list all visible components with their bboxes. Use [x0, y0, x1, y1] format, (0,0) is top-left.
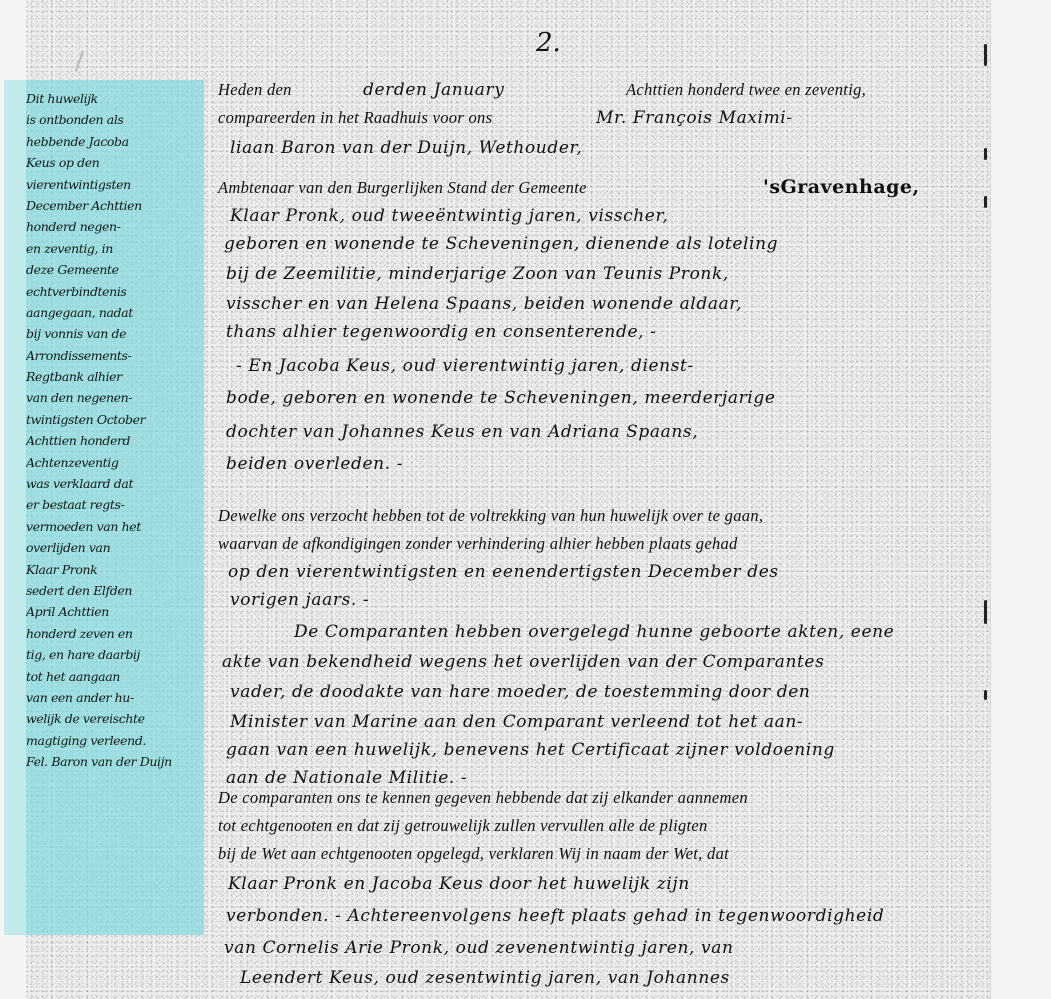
margin-note-line: December Achttien: [26, 195, 206, 216]
margin-note-line: vermoeden van het: [26, 516, 206, 537]
record-line: beiden overleden. -: [226, 454, 403, 474]
margin-note-line: magtiging verleend.: [26, 730, 206, 751]
record-line: liaan Baron van der Duijn, Wethouder,: [230, 138, 582, 158]
margin-note-line: honderd negen-: [26, 216, 206, 237]
record-line: bode, geboren en wonende te Scheveningen…: [226, 388, 776, 408]
margin-note-line: welijk de vereischte: [26, 708, 206, 729]
record-line: akte van bekendheid wegens het overlijde…: [222, 652, 824, 672]
record-line: De comparanten ons te kennen gegeven heb…: [218, 788, 748, 808]
margin-note-line: er bestaat regts-: [26, 494, 206, 515]
margin-note-line: bij vonnis van de: [26, 323, 206, 344]
margin-annotation: Dit huwelijkis ontbonden alshebbende Jac…: [26, 88, 206, 773]
margin-note-line: is ontbonden als: [26, 109, 206, 130]
record-line: Klaar Pronk en Jacoba Keus door het huwe…: [228, 874, 690, 894]
margin-note-line: deze Gemeente: [26, 259, 206, 280]
record-line: Mr. François Maximi-: [596, 108, 793, 128]
record-line: gaan van een huwelijk, benevens het Cert…: [226, 740, 835, 760]
margin-note-line: sedert den Elfden: [26, 580, 206, 601]
record-line: verbonden. - Achtereenvolgens heeft plaa…: [226, 906, 884, 926]
record-line: compareerden in het Raadhuis voor ons: [218, 108, 492, 128]
record-line: visscher en van Helena Spaans, beiden wo…: [226, 294, 742, 314]
record-line: Leendert Keus, oud zesentwintig jaren, v…: [240, 968, 730, 988]
record-line: op den vierentwintigsten en eenendertigs…: [228, 562, 779, 582]
record-line: De Comparanten hebben overgelegd hunne g…: [294, 622, 894, 642]
margin-note-line: en zeventig, in: [26, 238, 206, 259]
record-line: Achttien honderd twee en zeventig,: [626, 80, 866, 100]
margin-note-line: overlijden van: [26, 537, 206, 558]
record-line: thans alhier tegenwoordig en consenteren…: [226, 322, 656, 342]
record-line: bij de Wet aan echtgenooten opgelegd, ve…: [218, 844, 729, 864]
record-line: Heden den: [218, 80, 292, 100]
record-line: - En Jacoba Keus, oud vierentwintig jare…: [236, 356, 694, 376]
margin-note-line: hebbende Jacoba: [26, 131, 206, 152]
margin-note-line: Klaar Pronk: [26, 559, 206, 580]
record-line: tot echtgenooten en dat zij getrouwelijk…: [218, 816, 708, 836]
margin-note-line: Keus op den: [26, 152, 206, 173]
page-edge-marks: [984, 0, 990, 999]
page-number: 2.: [536, 28, 561, 58]
margin-note-line: tot het aangaan: [26, 666, 206, 687]
record-line: waarvan de afkondigingen zonder verhinde…: [218, 534, 738, 554]
margin-note-line: Achtenzeventig: [26, 452, 206, 473]
record-line: vorigen jaars. -: [230, 590, 369, 610]
record-line: Minister van Marine aan den Comparant ve…: [230, 712, 803, 732]
record-line: Klaar Pronk, oud tweeëntwintig jaren, vi…: [230, 206, 668, 226]
margin-note-line: Regtbank alhier: [26, 366, 206, 387]
record-line: Ambtenaar van den Burgerlijken Stand der…: [218, 178, 587, 198]
margin-note-line: van een ander hu-: [26, 687, 206, 708]
margin-note-line: was verklaard dat: [26, 473, 206, 494]
corner-mark: [75, 51, 94, 76]
record-line: derden January: [363, 80, 504, 100]
margin-note-line: twintigsten October: [26, 409, 206, 430]
margin-note-line: van den negenen-: [26, 387, 206, 408]
record-line: vader, de doodakte van hare moeder, de t…: [230, 682, 810, 702]
margin-note-line: Dit huwelijk: [26, 88, 206, 109]
margin-note-line: Arrondissements-: [26, 345, 206, 366]
margin-note-line: honderd zeven en: [26, 623, 206, 644]
margin-note-line: vierentwintigsten: [26, 174, 206, 195]
margin-note-line: Fel. Baron van der Duijn: [26, 751, 206, 772]
margin-note-line: echtverbindtenis: [26, 281, 206, 302]
record-line: van Cornelis Arie Pronk, oud zevenentwin…: [224, 938, 734, 958]
record-line: geboren en wonende te Scheveningen, dien…: [224, 234, 778, 254]
record-line: bij de Zeemilitie, minderjarige Zoon van…: [226, 264, 729, 284]
margin-note-line: Achttien honderd: [26, 430, 206, 451]
record-line: dochter van Johannes Keus en van Adriana…: [226, 422, 698, 442]
record-line: Dewelke ons verzocht hebben tot de voltr…: [218, 506, 763, 526]
record-line: aan de Nationale Militie. -: [226, 768, 467, 788]
margin-note-line: tig, en hare daarbij: [26, 644, 206, 665]
margin-note-line: April Achttien: [26, 601, 206, 622]
record-line: 'sGravenhage,: [763, 176, 920, 198]
margin-note-line: aangegaan, nadat: [26, 302, 206, 323]
